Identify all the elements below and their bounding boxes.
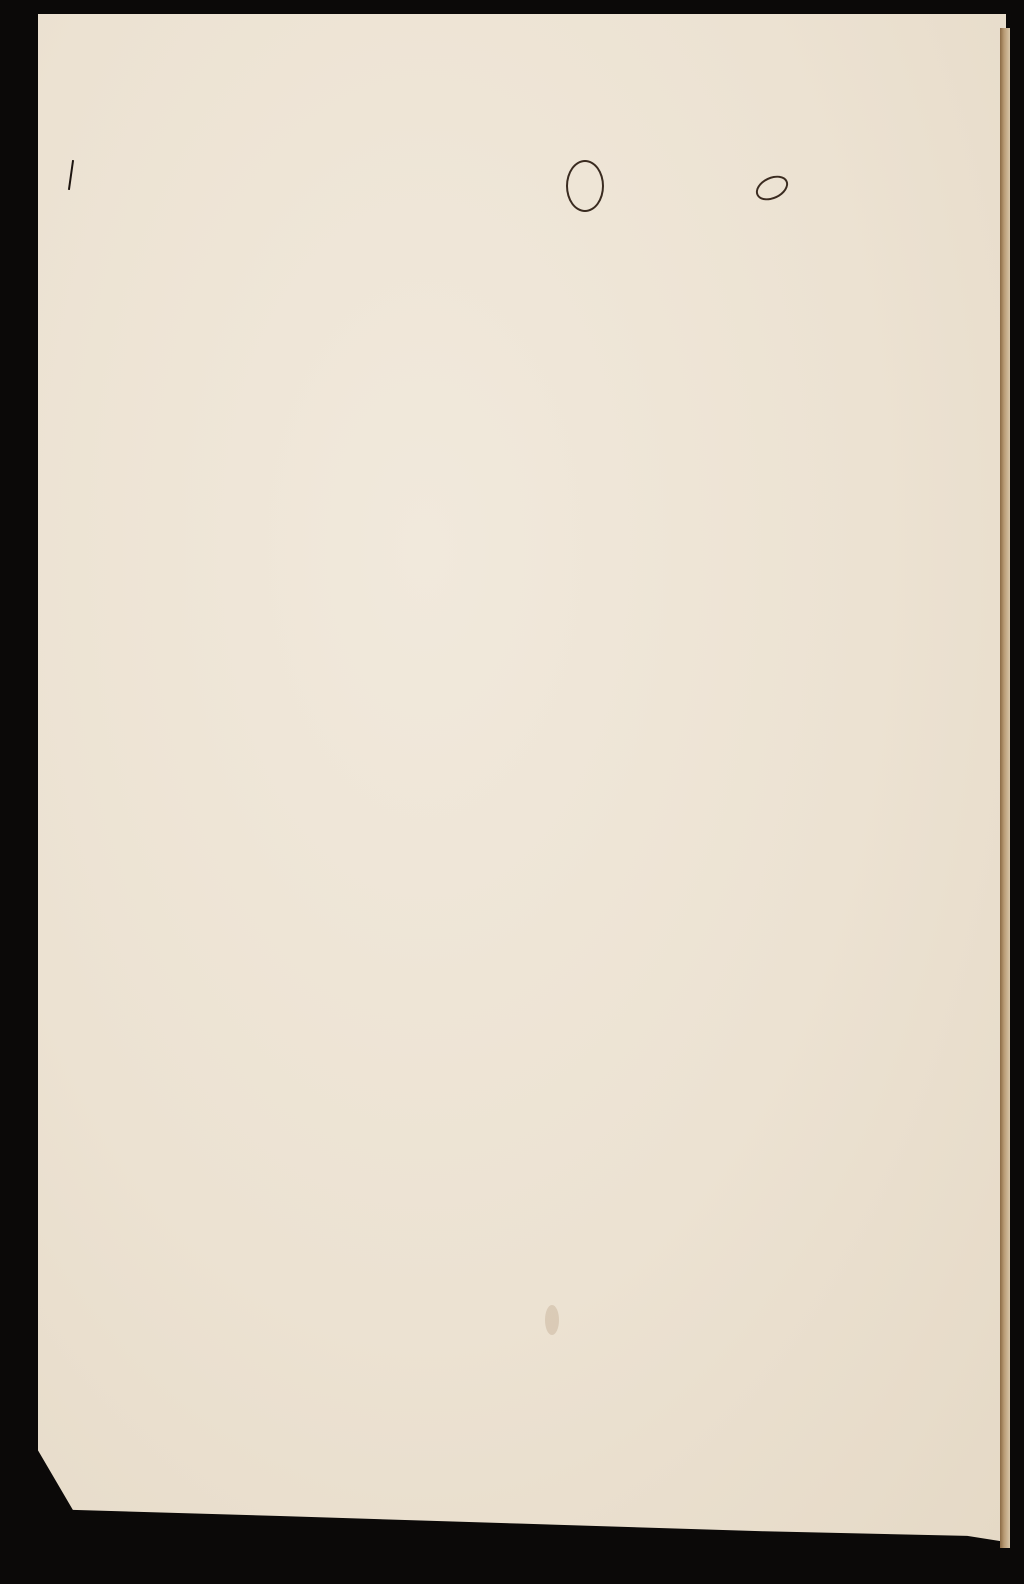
text-line (208, 468, 982, 493)
signature-flourish (566, 160, 604, 212)
text-line (208, 572, 982, 597)
text-line (208, 390, 982, 415)
text-line (208, 442, 982, 467)
text-line (208, 260, 982, 285)
scan-border (1010, 0, 1024, 1584)
text-line (210, 122, 974, 147)
ink-stain (545, 1305, 559, 1335)
text-line (208, 494, 982, 519)
text-line (210, 44, 974, 69)
text-line (210, 70, 974, 95)
text-line (208, 416, 982, 441)
page-binding-gutter (1000, 28, 1010, 1548)
text-line (208, 364, 982, 389)
text-line (208, 286, 982, 311)
text-line (210, 96, 974, 121)
text-line (208, 520, 982, 545)
text-line (210, 18, 974, 43)
text-line (208, 546, 982, 571)
text-line (188, 234, 982, 259)
text-line (208, 338, 982, 363)
text-line (208, 312, 982, 337)
